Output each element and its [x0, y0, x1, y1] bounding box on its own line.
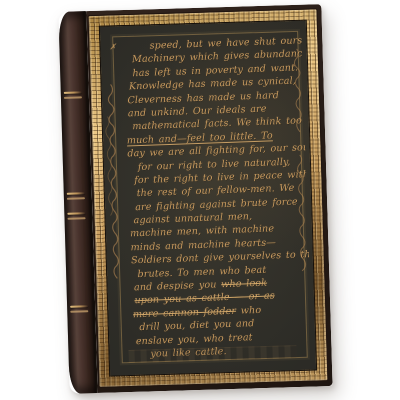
spine-gilt-band: [64, 92, 82, 95]
spine-gilt-band: [67, 212, 85, 215]
left-marginalia-script-icon: [104, 82, 124, 282]
journal-book: ✗ speed, but we have shut ourselves inMa…: [58, 4, 332, 394]
spine-gilt-band: [67, 193, 85, 196]
gold-filigree-border: ✗ speed, but we have shut ourselves inMa…: [87, 8, 328, 388]
handwriting-area: speed, but we have shut ourselves inMach…: [123, 34, 312, 369]
cover-field: ✗ speed, but we have shut ourselves inMa…: [99, 20, 317, 377]
journal-front-cover: ✗ speed, but we have shut ourselves inMa…: [84, 4, 332, 393]
photo-stage: ✗ speed, but we have shut ourselves inMa…: [0, 0, 400, 400]
margin-x-mark: ✗: [109, 42, 116, 51]
spine-gilt-band: [70, 305, 88, 308]
